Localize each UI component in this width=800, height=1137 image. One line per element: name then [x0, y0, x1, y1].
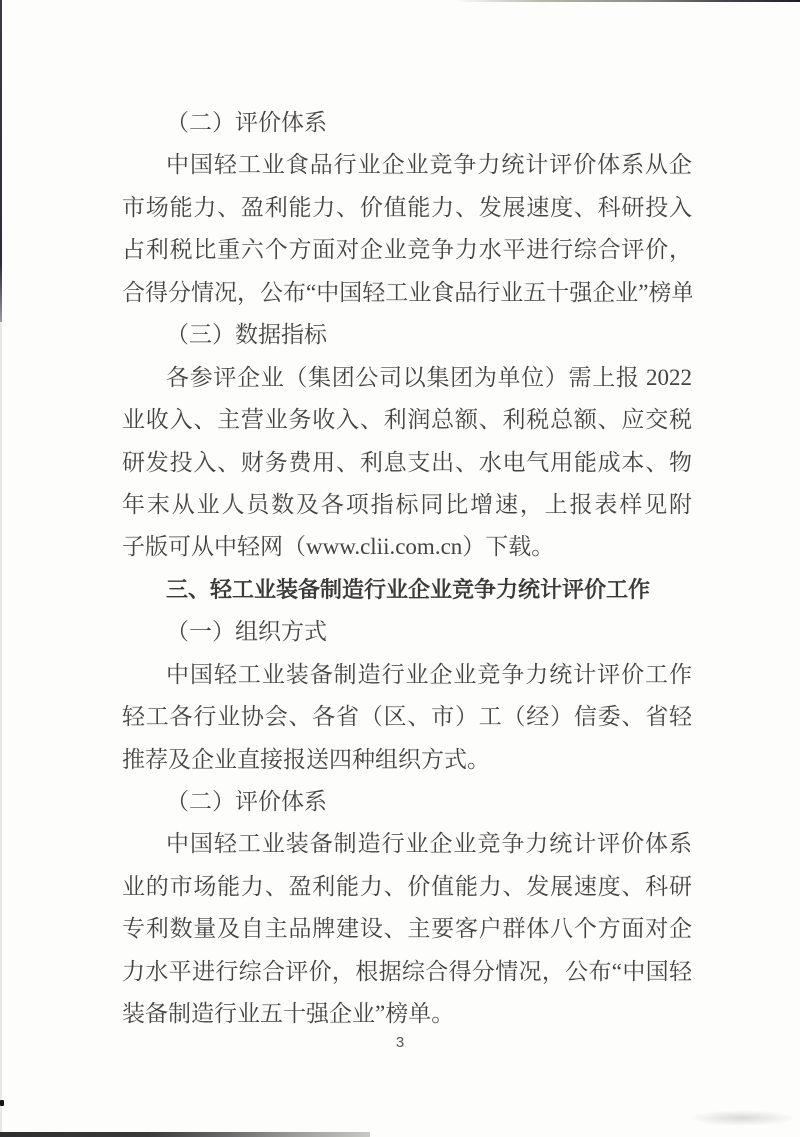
- text-line: 中国轻工业装备制造行业企业竞争力统计评价体系从企: [122, 823, 692, 865]
- section-heading: 三、轻工业装备制造行业企业竞争力统计评价工作: [122, 569, 692, 611]
- text-line: 业收入、主营业务收入、利润总额、利税总额、应交税金、科技: [122, 399, 692, 441]
- scanned-document-page: （二）评价体系中国轻工业食品行业企业竞争力统计评价体系从企业的市场能力、盈利能力…: [0, 0, 800, 1137]
- text-line: 子版可从中轻网（www.clii.com.cn）下载。: [122, 526, 692, 568]
- text-line: 占利税比重六个方面对企业竞争力水平进行综合评价，根据综: [122, 229, 692, 271]
- scan-artifact-top-edge: [455, 0, 800, 2]
- text-line: 年末从业人员数及各项指标同比增速，上报表样见附件，表样电: [122, 484, 692, 526]
- text-line: （三）数据指标: [122, 314, 692, 356]
- text-line: 中国轻工业食品行业企业竞争力统计评价体系从企业的: [122, 144, 692, 186]
- document-body: （二）评价体系中国轻工业食品行业企业竞争力统计评价体系从企业的市场能力、盈利能力…: [122, 102, 692, 1036]
- scan-artifact-left-edge-faint: [0, 322, 2, 1132]
- scan-artifact-bottom-bar: [0, 1132, 370, 1137]
- text-line: （二）评价体系: [122, 781, 692, 823]
- page-number: 3: [384, 1034, 416, 1051]
- text-line: 力水平进行综合评价，根据综合得分情况，公布“中国轻工业: [122, 951, 692, 993]
- text-line: 中国轻工业装备制造行业企业竞争力统计评价工作采取: [122, 654, 692, 696]
- text-line: 轻工各行业协会、各省（区、市）工（经）信委、省轻工协会: [122, 696, 692, 738]
- scan-artifact-dot: [0, 1100, 4, 1106]
- text-line: 研发投入、财务费用、利息支出、水电气用能成本、物流成本、: [122, 442, 692, 484]
- text-line: 各参评企业（集团公司以集团为单位）需上报 2022 年度营: [122, 357, 692, 399]
- scan-artifact-smudge: [688, 1110, 796, 1126]
- text-line: （二）评价体系: [122, 102, 692, 144]
- text-line: 推荐及企业直接报送四种组织方式。: [122, 739, 692, 781]
- text-line: 装备制造行业五十强企业”榜单。: [122, 993, 692, 1035]
- text-line: 业的市场能力、盈利能力、价值能力、发展速度、科研投入、: [122, 866, 692, 908]
- text-line: 专利数量及自主品牌建设、主要客户群体八个方面对企业竞争: [122, 908, 692, 950]
- scan-artifact-left-edge: [0, 0, 2, 322]
- text-line: 合得分情况，公布“中国轻工业食品行业五十强企业”榜单。: [122, 272, 692, 314]
- text-line: （一）组织方式: [122, 611, 692, 653]
- text-line: 市场能力、盈利能力、价值能力、发展速度、科研投入及税收: [122, 187, 692, 229]
